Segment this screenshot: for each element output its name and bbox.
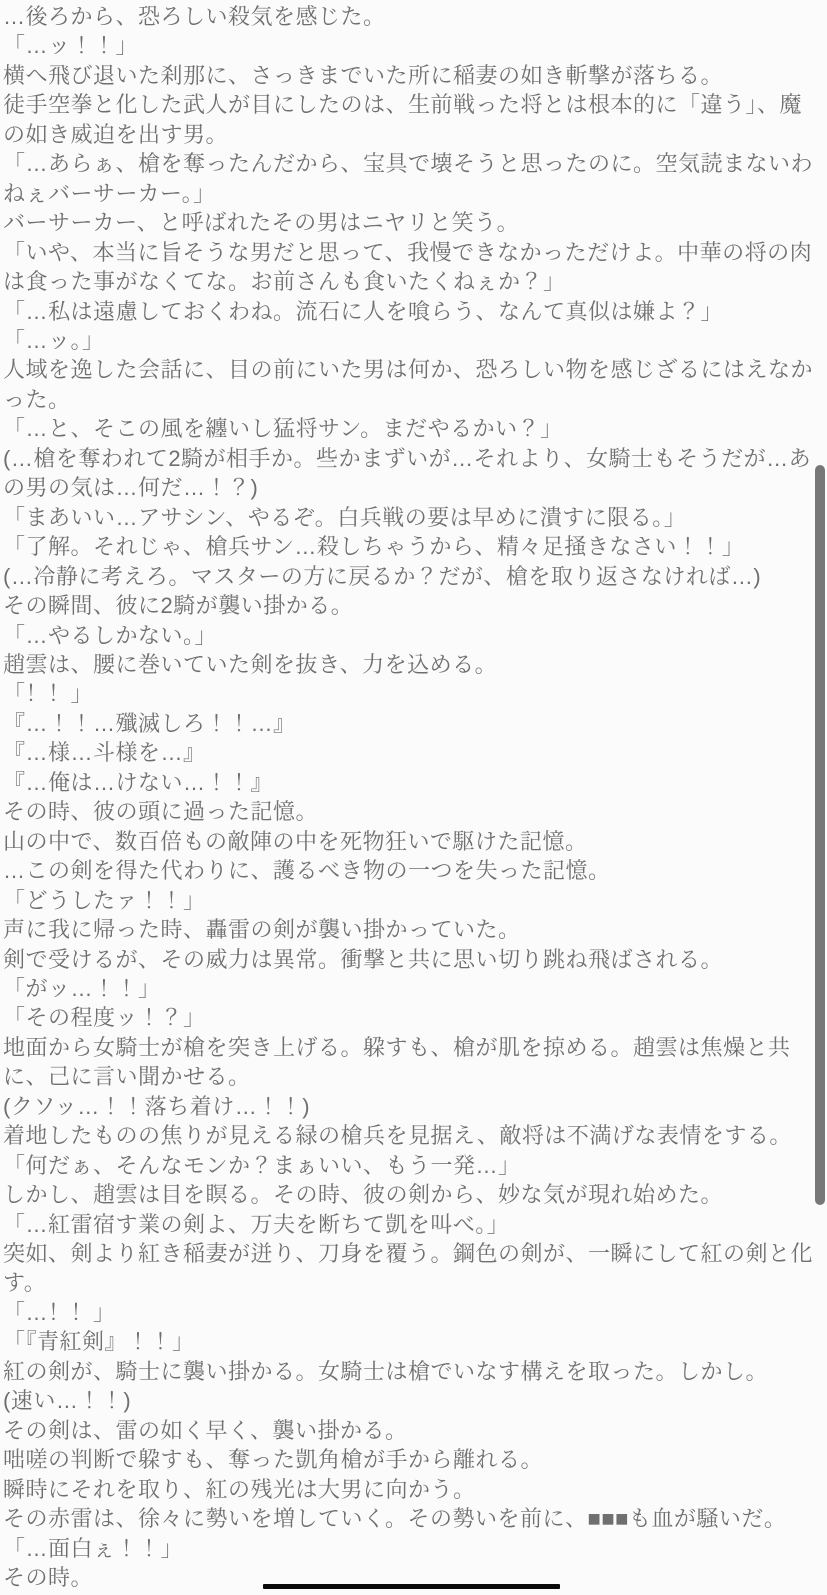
text-line: 「何だぁ、そんなモンか？まぁいい、もう一発…」: [3, 1151, 815, 1180]
text-line: 「！！」: [3, 679, 815, 708]
text-line: (…冷静に考えろ。マスターの方に戻るか？だが、槍を取り返さなければ…): [3, 562, 815, 591]
text-line: 「…やるしかない。」: [3, 621, 815, 650]
text-line: 「どうしたァ！！」: [3, 886, 815, 915]
text-line: …この剣を得た代わりに、護るべき物の一つを失った記憶。: [3, 856, 815, 885]
text-line: 「…私は遠慮しておくわね。流石に人を喰らう、なんて真似は嫌よ？」: [3, 297, 815, 326]
text-line: 趙雲は、腰に巻いていた剣を抜き、力を込める。: [3, 650, 815, 679]
text-line: 「…！！」: [3, 1298, 815, 1327]
text-line: 「その程度ッ！？」: [3, 1003, 815, 1032]
text-line: (速い…！！): [3, 1386, 815, 1415]
scrollbar-thumb[interactable]: [815, 465, 825, 1205]
text-line: 「がッ…！！」: [3, 974, 815, 1003]
text-line: バーサーカー、と呼ばれたその男はニヤリと笑う。: [3, 208, 815, 237]
text-line: 「…面白ぇ！！」: [3, 1534, 815, 1563]
text-line: 「『青紅剣』！！」: [3, 1327, 815, 1356]
text-line: 「いや、本当に旨そうな男だと思って、我慢できなかっただけよ。中華の将の肉は食った…: [3, 238, 815, 297]
text-line: 山の中で、数百倍もの敵陣の中を死物狂いで駆けた記憶。: [3, 827, 815, 856]
text-line: 瞬時にそれを取り、紅の残光は大男に向かう。: [3, 1475, 815, 1504]
text-line: 突如、剣より紅き稲妻が迸り、刀身を覆う。鋼色の剣が、一瞬にして紅の剣と化す。: [3, 1239, 815, 1298]
text-line: 『…！！…殲滅しろ！！…』: [3, 709, 815, 738]
text-line: 地面から女騎士が槍を突き上げる。躱すも、槍が肌を掠める。趙雲は焦燥と共に、己に言…: [3, 1033, 815, 1092]
text-line: 「…ッ！！」: [3, 31, 815, 60]
text-line: 紅の剣が、騎士に襲い掛かる。女騎士は槍でいなす構えを取った。しかし。: [3, 1357, 815, 1386]
text-line: …後ろから、恐ろしい殺気を感じた。: [3, 2, 815, 31]
text-line: 人域を逸した会話に、目の前にいた男は何か、恐ろしい物を感じざるにはえなかった。: [3, 355, 815, 414]
text-line: 「…紅雷宿す業の剣よ、万夫を断ちて凱を叫べ。」: [3, 1210, 815, 1239]
text-line: 「…と、そこの風を纏いし猛将サン。まだやるかい？」: [3, 414, 815, 443]
text-line: 「了解。それじゃ、槍兵サン…殺しちゃうから、精々足掻きなさい！！」: [3, 532, 815, 561]
text-line: 「まあいい…アサシン、やるぞ。白兵戦の要は早めに潰すに限る。」: [3, 503, 815, 532]
text-line: 「…ッ。」: [3, 326, 815, 355]
text-line: 「…あらぁ、槍を奪ったんだから、宝具で壊そうと思ったのに。空気読まないわねぇバー…: [3, 149, 815, 208]
text-line: その剣は、雷の如く早く、襲い掛かる。: [3, 1416, 815, 1445]
text-line: 咄嗟の判断で躱すも、奪った凱角槍が手から離れる。: [3, 1445, 815, 1474]
text-line: しかし、趙雲は目を瞑る。その時、彼の剣から、妙な気が現れ始めた。: [3, 1180, 815, 1209]
novel-reader-page: { "page": { "background_color": "#fbfbfb…: [0, 0, 827, 1595]
text-line: 『…様…斗様を…』: [3, 738, 815, 767]
text-line: その瞬間、彼に2騎が襲い掛かる。: [3, 591, 815, 620]
text-line: (クソッ…！！落ち着け…！！): [3, 1092, 815, 1121]
section-divider-bar: [263, 1584, 560, 1589]
text-line: その時、彼の頭に過った記憶。: [3, 797, 815, 826]
text-line: 徒手空拳と化した武人が目にしたのは、生前戦った将とは根本的に「違う」、魔の如き威…: [3, 90, 815, 149]
text-line: (…槍を奪われて2騎が相手か。些かまずいが…それより、女騎士もそうだが…あの男の…: [3, 444, 815, 503]
text-line: 着地したものの焦りが見える緑の槍兵を見据え、敵将は不満げな表情をする。: [3, 1121, 815, 1150]
text-line: その赤雷は、徐々に勢いを増していく。その勢いを前に、■■■も血が騒いだ。: [3, 1504, 815, 1533]
story-text: …後ろから、恐ろしい殺気を感じた。「…ッ！！」横へ飛び退いた刹那に、さっきまでい…: [3, 2, 815, 1592]
text-line: 『…俺は…けない…！！』: [3, 768, 815, 797]
text-line: 横へ飛び退いた刹那に、さっきまでいた所に稲妻の如き斬撃が落ちる。: [3, 61, 815, 90]
text-line: 声に我に帰った時、轟雷の剣が襲い掛かっていた。: [3, 915, 815, 944]
text-line: 剣で受けるが、その威力は異常。衝撃と共に思い切り跳ね飛ばされる。: [3, 945, 815, 974]
